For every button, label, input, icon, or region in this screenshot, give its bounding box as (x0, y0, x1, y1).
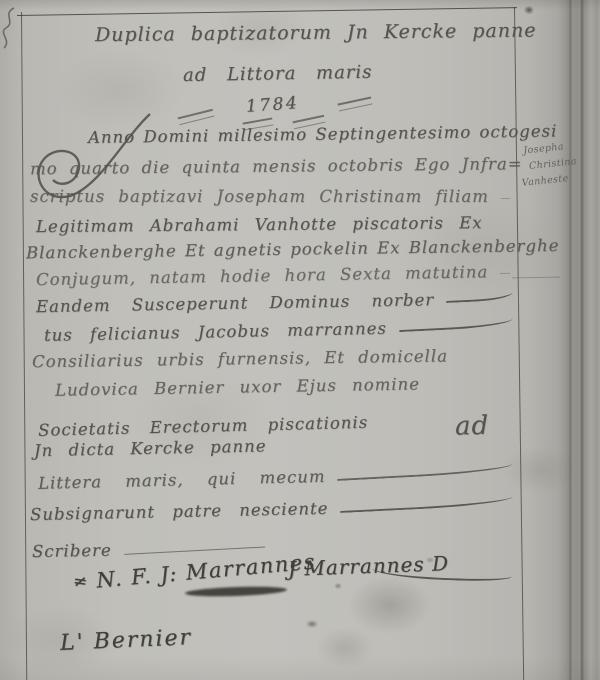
pen-filler-line (501, 190, 510, 199)
page-fold-edge (558, 0, 600, 680)
title-line-1: Duplica baptizatorum Jn Kercke panne (95, 20, 507, 46)
manuscript-line: tus felicianus Jacobus marrannes (44, 316, 515, 345)
signature-paraph: ≠ (72, 571, 90, 593)
manuscript-line: Eandem Susceperunt Dominus norber (36, 289, 515, 316)
pen-dash-flourish (178, 109, 215, 125)
ruled-border-top (17, 7, 517, 16)
manuscript-line: Ludovica Bernier uxor Ejus nomine (55, 373, 487, 400)
manuscript-line: Anno Domini millesimo Septingentesimo oc… (88, 122, 515, 147)
manuscript-line: Blanckenberghe Et agnetis pockelin Ex Bl… (26, 237, 515, 263)
manuscript-line: Conjugum, natam hodie hora Sexta matutin… (36, 262, 512, 289)
pen-swash (337, 462, 513, 481)
manuscript-line: Consiliarius urbis furnensis, Et domicel… (32, 346, 494, 371)
ruled-border-right (514, 7, 524, 680)
manuscript-line: scriptus baptizavi Josepham Christinam f… (30, 187, 512, 206)
pen-dash-flourish (338, 97, 373, 112)
pen-swash (446, 290, 513, 303)
pen-filler-line (500, 265, 510, 274)
manuscript-page: Duplica baptizatorum Jn Kercke panne ad … (0, 0, 600, 680)
manuscript-line: mo quarto die quinta mensis octobris Ego… (30, 155, 475, 179)
manuscript-line: Subsignarunt patre nesciente (30, 495, 515, 524)
pen-filler-line-overrun (512, 277, 560, 279)
margin-note: Josepha Christina Vanheste (518, 136, 599, 192)
left-edge-pen-squiggle (0, 6, 18, 56)
manuscript-line: Legitimam Abrahami Vanhotte piscatoris E… (36, 213, 515, 236)
pen-swash (399, 317, 514, 333)
signature-swash (372, 560, 513, 583)
ink-smear (185, 585, 287, 598)
manuscript-line: Littera maris, qui mecum (38, 462, 515, 493)
pen-swash (340, 495, 513, 513)
title-year: 1784 (245, 93, 300, 117)
title-line-2: ad Littora maris (183, 61, 415, 86)
ruled-border-left (21, 12, 27, 680)
manuscript-word-ad: ad (455, 411, 490, 442)
pen-swash (124, 539, 266, 555)
signature-priest: L' Bernier (60, 625, 193, 656)
